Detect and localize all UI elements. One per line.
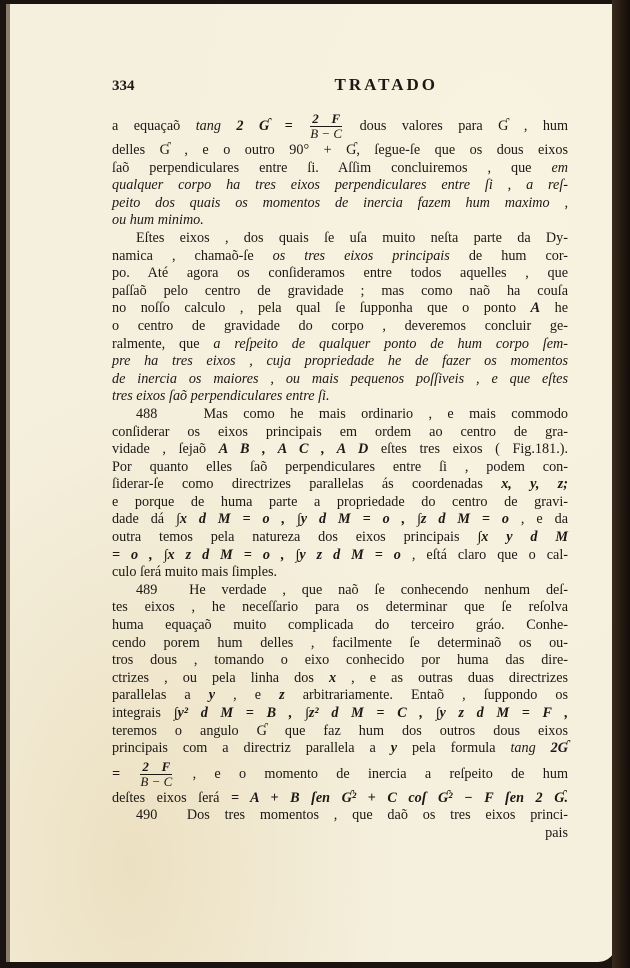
text-line: Eſtes eixos , dos quais ſe uſa muito neſ… [112,230,568,248]
text-span: He verdade , que naõ ſe conhecendo nenhu… [189,582,568,598]
text-span: ſiderar-ſe como directrizes parallelas á… [112,476,483,492]
text-span: no noſſo calculo , pela qual ſe ſupponha… [112,300,516,316]
text-line: = o , ∫x z d M = o , ∫y z d M = o , eſtá… [112,547,568,565]
paragraph-1: a equaçaõ tang 2 Ɠ = 2 FB − C dous valor… [112,110,568,230]
text-line: conſiderar os eixos principais em ordem … [112,424,568,442]
text-span: , e o momento de inercia a reſpeito de h… [193,766,568,782]
text-line: = 2 FB − C , e o momento de inercia a re… [112,758,568,790]
math-span: A B , A C , A D [219,441,369,457]
text-line: cendo porem hum delles , facilmente ſe d… [112,635,568,653]
text-line: huma equaçaõ muito complicada do terceir… [112,617,568,635]
text-span: , e da [521,511,568,527]
math-span: = [112,766,120,782]
math-span: tang [196,118,221,134]
math-span: z [279,687,285,703]
text-line: 488 Mas como he mais ordinario , e mais … [112,406,568,424]
text-line: po. Até agora os conſideramos entre todo… [112,265,568,283]
text-line: 490 Dos tres momentos , que daõ os tres … [112,807,568,825]
text-line: peito dos quais os momentos de inercia f… [112,195,568,213]
italic-span: os tres eixos principais [273,248,450,264]
math-span: 2 Ɠ = [236,118,292,134]
text-span: ctrizes , ou pela linha dos [112,670,314,686]
text-line: ſaõ perpendiculares entre ſi. Aſſim conc… [112,160,568,178]
text-span: , eſtá claro que o cal- [412,547,568,563]
text-line: pre ha tres eixos , cuja propriedade he … [112,353,568,371]
running-head: 334 TRATADO [112,76,568,96]
math-span: = o , ∫x z d M = o , ∫y z d M = o [112,547,401,563]
text-span: Dos tres momentos , que daõ os tres eixo… [187,807,568,823]
text-line: delles Ɠ , e o outro 90° + Ɠ, ſegue-ſe q… [112,142,568,160]
text-line: 489 He verdade , que naõ ſe conhecendo n… [112,582,568,600]
page-content: 334 TRATADO a equaçaõ tang 2 Ɠ = 2 FB − … [112,76,568,843]
page-number: 334 [112,78,135,96]
text-line: namica , chamaõ-ſe os tres eixos princip… [112,248,568,266]
text-line: outra temos pela natureza dos eixos prin… [112,529,568,547]
text-line: parallelas a y , e z arbitrariamente. En… [112,687,568,705]
text-span: outra temos pela natureza dos eixos prin… [112,529,460,545]
fraction-numerator: 2 F [310,112,342,127]
math-span: = A + B ſen Ɠ² + C coſ Ɠ² − F ſen 2 Ɠ. [231,790,568,806]
book-spine-edge [612,0,630,968]
text-line: paſſaõ pelo centro de gravidade ; mas co… [112,283,568,301]
text-span: pela formula [412,740,496,756]
text-line: ſiderar-ſe como directrizes parallelas á… [112,476,568,494]
text-line: vidade , ſejaõ A B , A C , A D eſtes tre… [112,441,568,459]
text-line: a equaçaõ tang 2 Ɠ = 2 FB − C dous valor… [112,110,568,142]
paragraph-2: Eſtes eixos , dos quais ſe uſa muito neſ… [112,230,568,406]
section-number: 488 [136,406,157,422]
text-span: Mas como he mais ordinario , e mais comm… [203,406,568,422]
fraction: 2 FB − C [310,112,342,141]
text-line: ou hum minimo. [112,212,568,230]
text-span: de hum cor- [469,248,568,264]
math-span: 2Ɠ [551,740,568,756]
text-span: , e [233,687,261,703]
italic-span: a reſpeito de qualquer ponto de hum corp… [213,336,568,352]
text-line: o centro de gravidade do corpo , deverem… [112,318,568,336]
text-span: deſtes eixos ſerá [112,790,219,806]
math-span: x, y, z; [501,476,568,492]
text-line: tres eixos ſaõ perpendiculares entre ſi. [112,388,568,406]
fraction-denominator: B − C [310,127,342,141]
section-number: 490 [136,807,157,823]
running-title: TRATADO [335,76,439,94]
paragraph-489: 489 He verdade , que naõ ſe conhecendo n… [112,582,568,808]
text-line: tes eixos , he neceſſario para os determ… [112,599,568,617]
text-span: parallelas a [112,687,191,703]
italic-span: em [551,160,568,176]
text-line: culo ſerá muito mais ſimples. [112,564,568,582]
text-span: principais com a directriz parallela a [112,740,376,756]
text-line: teremos o angulo Ɠ que faz hum dos outro… [112,723,568,741]
text-span: dade dá [112,511,164,527]
text-span: dous valores para Ɠ , hum [360,118,568,134]
math-span: ∫y² d M = B , ∫z² d M = C , ∫y z d M = F… [174,705,568,721]
text-line: dade dá ∫x d M = o , ∫y d M = o , ∫z d M… [112,511,568,529]
math-span: x [329,670,336,686]
math-span: A [531,300,540,316]
text-line: principais com a directriz parallela a y… [112,740,568,758]
text-line: Por quanto elles ſaõ perpendiculares ent… [112,459,568,477]
section-number: 489 [136,582,157,598]
text-line: qualquer corpo ha tres eixos perpendicul… [112,177,568,195]
fraction-numerator: 2 F [140,760,172,775]
math-span: y [391,740,397,756]
text-line: no noſſo calculo , pela qual ſe ſupponha… [112,300,568,318]
math-span: ∫x d M = o , ∫y d M = o , ∫z d M = o [176,511,509,527]
text-line: ralmente, que a reſpeito de qualquer pon… [112,336,568,354]
catchword: pais [112,825,568,843]
text-span: vidade , ſejaõ [112,441,206,457]
text-span: namica , chamaõ-ſe [112,248,254,264]
fraction-denominator: B − C [140,775,172,789]
text-span: ſaõ perpendiculares entre ſi. Aſſim conc… [112,160,531,176]
text-span: integrais [112,705,161,721]
paragraph-490: 490 Dos tres momentos , que daõ os tres … [112,807,568,842]
text-span: eſtes tres eixos ( Fig.181.). [381,441,568,457]
text-line: tros dous , tomando o eixo conhecido por… [112,652,568,670]
text-line: ctrizes , ou pela linha dos x , e as out… [112,670,568,688]
text-line: integrais ∫y² d M = B , ∫z² d M = C , ∫y… [112,705,568,723]
text-line: de inercia os maiores , ou mais pequenos… [112,371,568,389]
paragraph-488: 488 Mas como he mais ordinario , e mais … [112,406,568,582]
text-line: e porque de huma parte a propriedade do … [112,494,568,512]
text-span: ralmente, que [112,336,200,352]
text-span: a equaçaõ [112,118,180,134]
text-span: , e as outras duas directrizes [351,670,568,686]
fraction: 2 FB − C [140,760,172,789]
math-span: y [209,687,215,703]
italic-span: tang [510,740,535,756]
math-span: ∫x y d M [477,529,568,545]
text-span: he [555,300,568,316]
text-span: arbitrariamente. Entaõ , ſuppondo os [303,687,568,703]
text-line: deſtes eixos ſerá = A + B ſen Ɠ² + C coſ… [112,790,568,808]
